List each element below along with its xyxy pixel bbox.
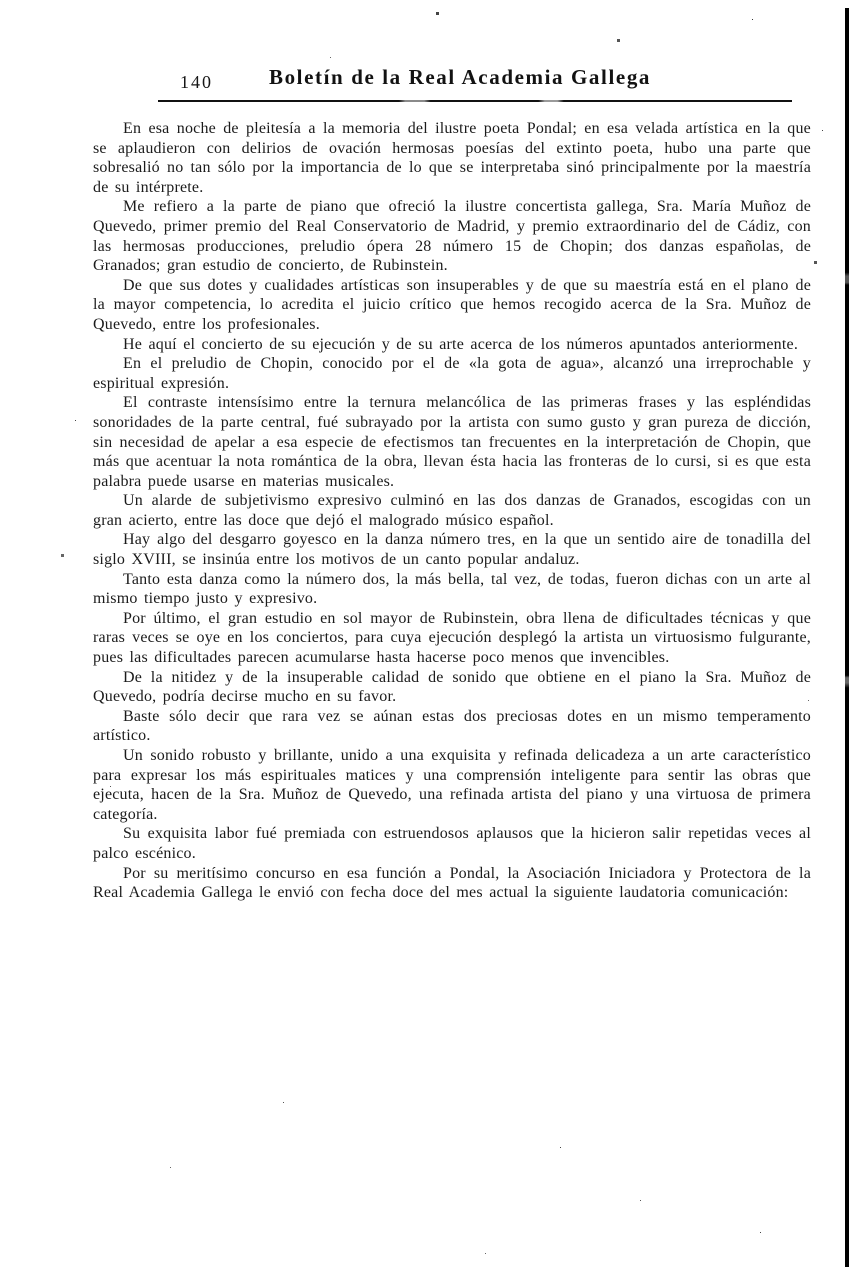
- page-number: 140: [180, 72, 213, 93]
- paragraph: He aquí el concierto de su ejecución y d…: [93, 335, 811, 355]
- paragraph: De que sus dotes y cualidades artísticas…: [93, 276, 811, 335]
- paragraph: Hay algo del desgarro goyesco en la danz…: [93, 530, 811, 569]
- paragraph: El contraste intensísimo entre la ternur…: [93, 393, 811, 491]
- header-rule-divider: [158, 100, 792, 102]
- journal-title: Boletín de la Real Academia Gallega: [240, 65, 680, 90]
- paragraph: En esa noche de pleitesía a la memoria d…: [93, 119, 811, 197]
- paragraph: Me refiero a la parte de piano que ofrec…: [93, 197, 811, 275]
- paragraph: Un alarde de subjetivismo expresivo culm…: [93, 491, 811, 530]
- paragraph: Baste sólo decir que rara vez se aúnan e…: [93, 707, 811, 746]
- paragraph: Por último, el gran estudio en sol mayor…: [93, 609, 811, 668]
- article-body: En esa noche de pleitesía a la memoria d…: [93, 119, 811, 903]
- scan-binding-artifact: [845, 8, 849, 1267]
- paragraph: De la nitidez y de la insuperable calida…: [93, 668, 811, 707]
- paragraph: Tanto esta danza como la número dos, la …: [93, 570, 811, 609]
- paragraph: Su exquisita labor fué premiada con estr…: [93, 824, 811, 863]
- paragraph: En el preludio de Chopin, conocido por e…: [93, 354, 811, 393]
- paragraph: Por su meritísimo concurso en esa funció…: [93, 864, 811, 903]
- scan-noise-specks: [0, 0, 1, 1]
- paragraph: Un sonido robusto y brillante, unido a u…: [93, 746, 811, 824]
- scanned-page: 140 Boletín de la Real Academia Gallega …: [0, 0, 850, 1267]
